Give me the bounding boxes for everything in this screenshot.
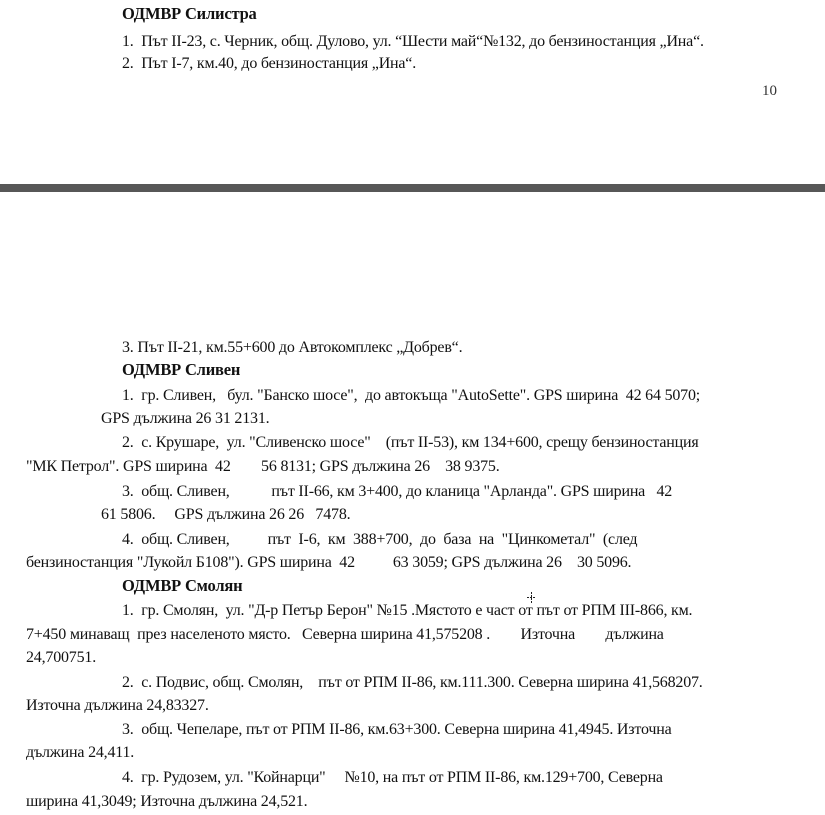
list-item-continuation: 7+450 минаващ през населеното място. Сев…	[26, 625, 664, 645]
list-item-continuation: дължина 24,411.	[26, 743, 134, 763]
section-heading-smolyan: ОДМВР Смолян	[122, 576, 242, 596]
page-number: 10	[762, 83, 777, 100]
list-item: 3. Път II-21, км.55+600 до Автокомплекс …	[122, 338, 462, 358]
list-item-continuation: "МК Петрол". GPS ширина 42 56 8131; GPS …	[26, 457, 500, 477]
list-item-continuation: GPS дължина 26 31 2131.	[101, 409, 269, 429]
list-item: 1. гр. Сливен, бул. "Банско шосе", до ав…	[122, 386, 785, 406]
list-item-continuation: 24,700751.	[26, 648, 96, 668]
list-item: 1. гр. Смолян, ул. "Д-р Петър Берон" №15…	[122, 601, 692, 621]
list-item-continuation: бензиностанция "Лукойл Б108"). GPS ширин…	[26, 553, 631, 573]
list-item: 3. общ. Сливен, път II-66, км 3+400, до …	[122, 482, 672, 502]
list-item: 1. Път II-23, с. Черник, общ. Дулово, ул…	[122, 32, 704, 52]
section-heading-sliven: ОДМВР Сливен	[122, 360, 240, 380]
list-item-continuation: Източна дължина 24,83327.	[26, 696, 209, 716]
list-item: 4. гр. Рудозем, ул. "Койнарци" №10, на п…	[122, 768, 663, 788]
list-item-continuation: ширина 41,3049; Източна дължина 24,521.	[26, 792, 307, 812]
list-item: 2. с. Крушаре, ул. "Сливенско шосе" (път…	[122, 433, 699, 453]
page-break-divider	[0, 184, 825, 192]
crosshair-cursor-icon	[527, 592, 536, 604]
list-item: 3. общ. Чепеларе, път от РПМ II-86, км.6…	[122, 720, 671, 740]
list-item-continuation: 61 5806. GPS дължина 26 26 7478.	[101, 505, 350, 525]
section-heading-silistra: ОДМВР Силистра	[122, 4, 257, 24]
list-item: 2. Път I-7, км.40, до бензиностанция „Ин…	[122, 54, 416, 74]
list-item: 2. с. Подвис, общ. Смолян, път от РПМ II…	[122, 673, 703, 693]
list-item: 4. общ. Сливен, път I-6, км 388+700, до …	[122, 530, 637, 550]
